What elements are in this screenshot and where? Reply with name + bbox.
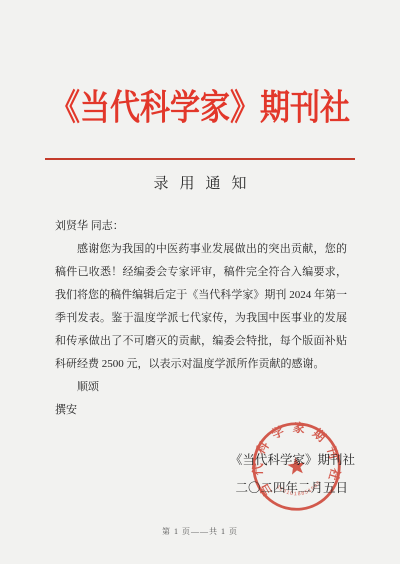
body-paragraph: 感谢您为我国的中医药事业发展做出的突出贡献，您的稿件已收悉！经编委会专家评审，稿… xyxy=(55,238,347,376)
signature-date: 二〇二四年二月五日 xyxy=(230,474,355,502)
letter-body: 刘贤华 同志： 感谢您为我国的中医药事业发展做出的突出贡献，您的稿件已收悉！经编… xyxy=(55,215,347,422)
red-divider-line xyxy=(45,158,355,160)
notice-title: 录用通知 xyxy=(0,172,400,193)
salutation: 刘贤华 同志： xyxy=(55,215,347,238)
signature-block: 《当代科学家》期刊社 二〇二四年二月五日 xyxy=(230,446,355,502)
signature-org-name: 《当代科学家》期刊社 xyxy=(230,446,355,474)
closing-phrase-shunsong: 顺颂 xyxy=(55,376,347,399)
page-number-footer: 第 1 页——共 1 页 xyxy=(0,526,400,537)
journal-masthead-title: 《当代科学家》期刊社 xyxy=(0,78,400,130)
letter-page: 《当代科学家》期刊社 录用通知 刘贤华 同志： 感谢您为我国的中医药事业发展做出… xyxy=(0,0,400,564)
